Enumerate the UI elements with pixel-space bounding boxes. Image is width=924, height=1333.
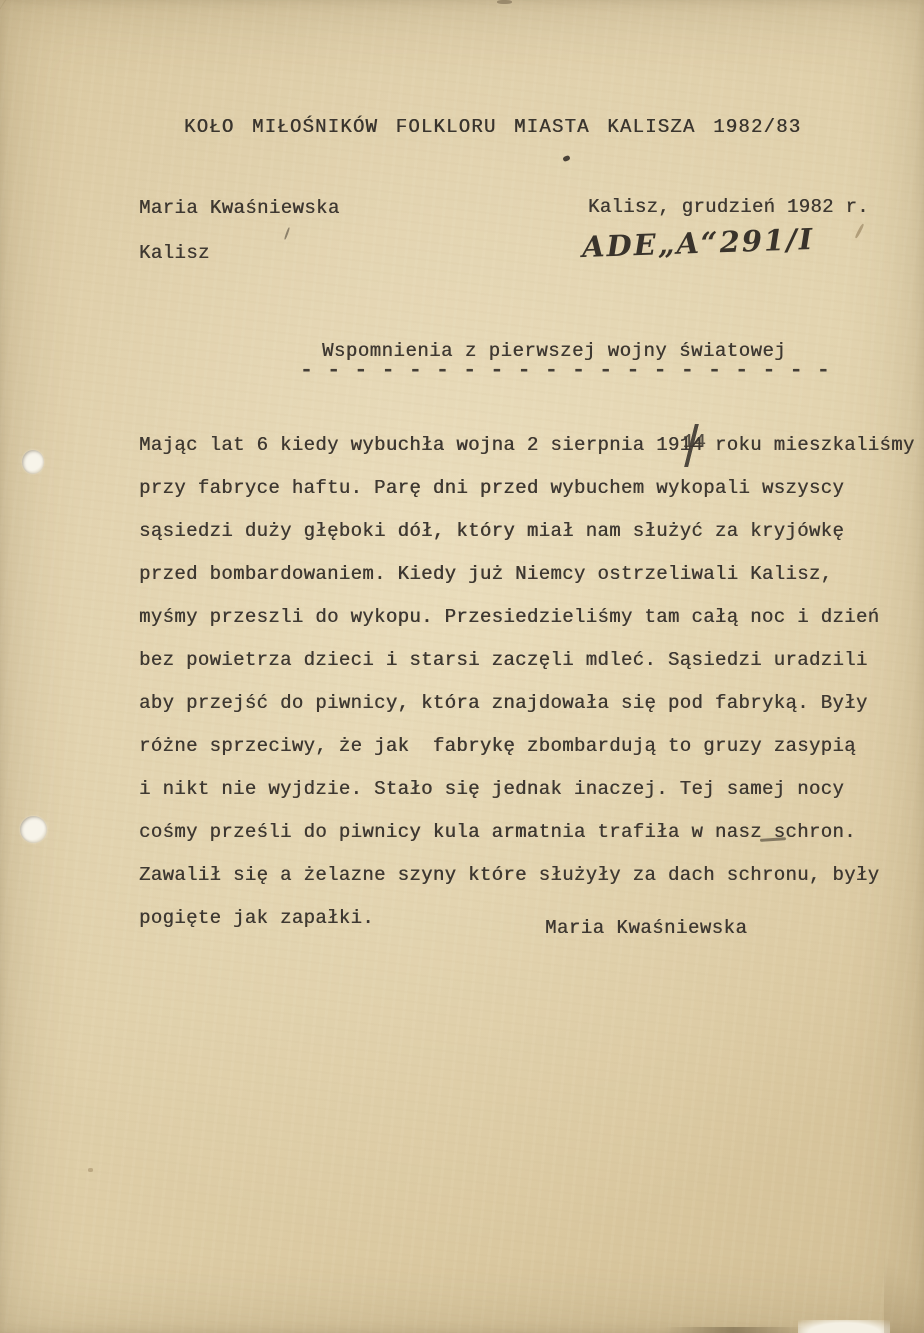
body-line: cośmy prześli do piwnicy kula armatnia t… xyxy=(139,811,924,854)
overtyped-year: 14 xyxy=(680,424,704,467)
dateline: Kalisz, grudzień 1982 r. xyxy=(588,196,869,218)
body-line: Mając lat 6 kiedy wybuchła wojna 2 sierp… xyxy=(139,424,924,467)
paper-corner-shade xyxy=(884,1240,924,1333)
paper-speck xyxy=(497,0,512,4)
body-line: różne sprzeciwy, że jak fabrykę zbombard… xyxy=(139,725,924,768)
paper-speck xyxy=(284,227,290,240)
paper-edge-shadow xyxy=(664,1327,804,1333)
body-line: Zawalił się a żelazne szyny które służył… xyxy=(139,854,924,897)
body-line: przy fabryce haftu. Parę dni przed wybuc… xyxy=(139,467,924,510)
paper-edge-tear xyxy=(798,1320,890,1333)
body-line: bez powietrza dzieci i starsi zaczęli md… xyxy=(139,639,924,682)
paper-speck xyxy=(562,155,570,162)
paper-crease xyxy=(0,0,82,41)
paper-speck xyxy=(88,1168,93,1172)
document-title: Wspomnienia z pierwszej wojny światowej xyxy=(322,340,786,362)
body-line-1-pre: Mając lat 6 kiedy wybuchła wojna 2 sierp… xyxy=(139,434,680,456)
scanned-letter-page: KOŁO MIŁOŚNIKÓW FOLKLORU MIASTA KALISZA … xyxy=(0,0,924,1333)
hole-punch-top xyxy=(22,450,44,474)
body-line: pogięte jak zapałki. xyxy=(139,897,924,940)
paper-speck xyxy=(854,223,864,239)
title-dashed-underline: - - - - - - - - - - - - - - - - - - - - xyxy=(300,360,830,383)
body-line: sąsiedzi duży głęboki dół, który miał na… xyxy=(139,510,924,553)
body-line: myśmy przeszli do wykopu. Przesiedzieliś… xyxy=(139,596,924,639)
body-line: i nikt nie wyjdzie. Stało się jednak ina… xyxy=(139,768,924,811)
body-line-1-post: roku mieszkaliśmy xyxy=(703,434,915,456)
handwritten-archival-annotation: ADE„A“291/I xyxy=(581,222,814,264)
sender-name: Maria Kwaśniewska xyxy=(139,197,340,219)
document-header: KOŁO MIŁOŚNIKÓW FOLKLORU MIASTA KALISZA … xyxy=(184,116,801,138)
body-paragraph: Mając lat 6 kiedy wybuchła wojna 2 sierp… xyxy=(139,424,924,940)
signature: Maria Kwaśniewska xyxy=(545,917,747,939)
body-line: aby przejść do piwnicy, która znajdowała… xyxy=(139,682,924,725)
hole-punch-bottom xyxy=(20,816,47,843)
sender-city: Kalisz xyxy=(139,242,210,264)
body-line: przed bombardowaniem. Kiedy już Niemcy o… xyxy=(139,553,924,596)
